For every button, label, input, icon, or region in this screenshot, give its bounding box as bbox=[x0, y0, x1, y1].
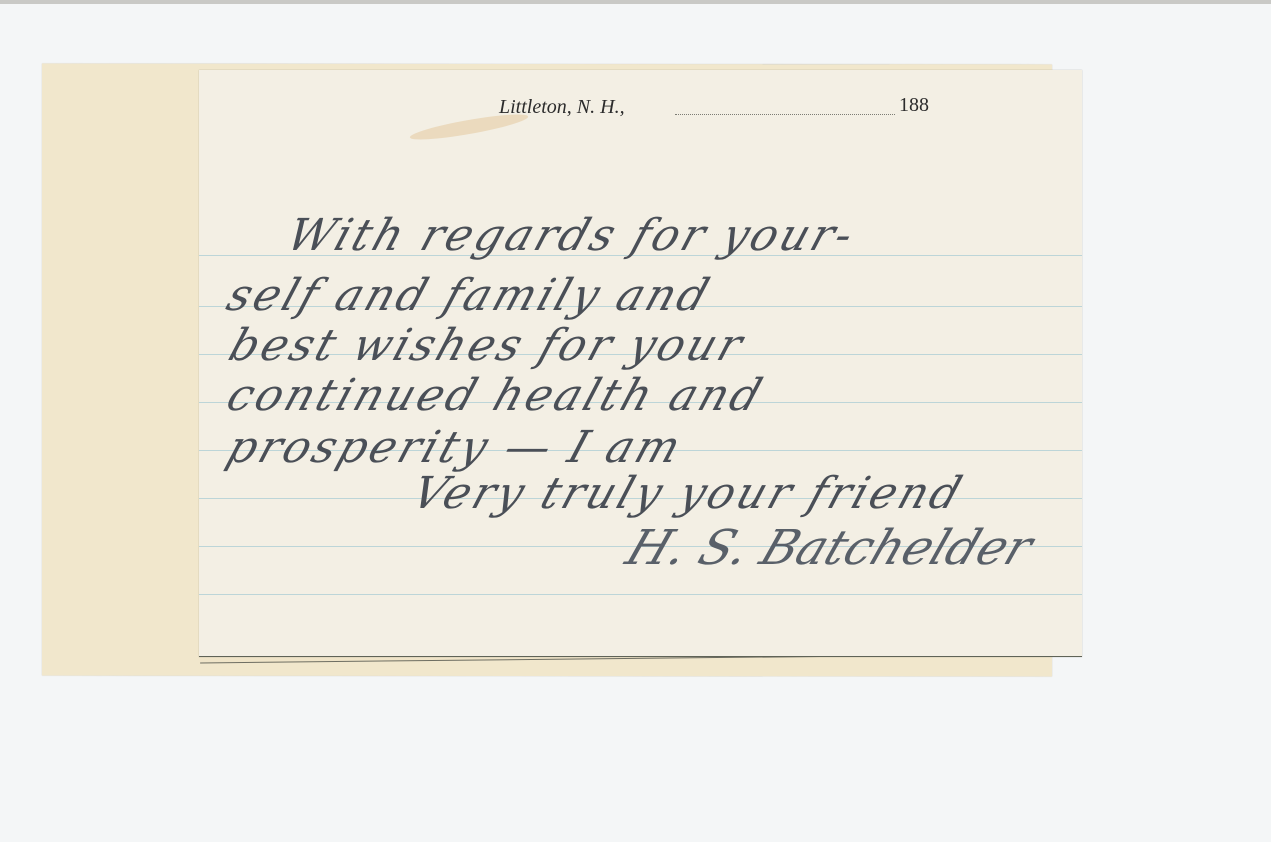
letterhead-year: 188 bbox=[899, 94, 929, 117]
letter-sheet: Littleton, N. H., 188 With regards for y… bbox=[199, 70, 1082, 657]
signature: H. S. Batchelder bbox=[619, 520, 1040, 576]
letterhead-place: Littleton, N. H., bbox=[499, 96, 625, 119]
letterhead: Littleton, N. H., 188 bbox=[499, 94, 959, 124]
body-line: With regards for your- bbox=[281, 210, 863, 261]
date-dotted-line bbox=[675, 114, 895, 115]
body-line: prosperity — I am bbox=[221, 422, 690, 473]
body-line: continued health and bbox=[221, 370, 771, 421]
body-line: best wishes for your bbox=[223, 320, 752, 371]
closing-line: Very truly your friend bbox=[406, 468, 971, 519]
body-line: self and family and bbox=[221, 270, 718, 321]
scan-border bbox=[0, 0, 1271, 4]
ruled-line bbox=[199, 594, 1082, 595]
